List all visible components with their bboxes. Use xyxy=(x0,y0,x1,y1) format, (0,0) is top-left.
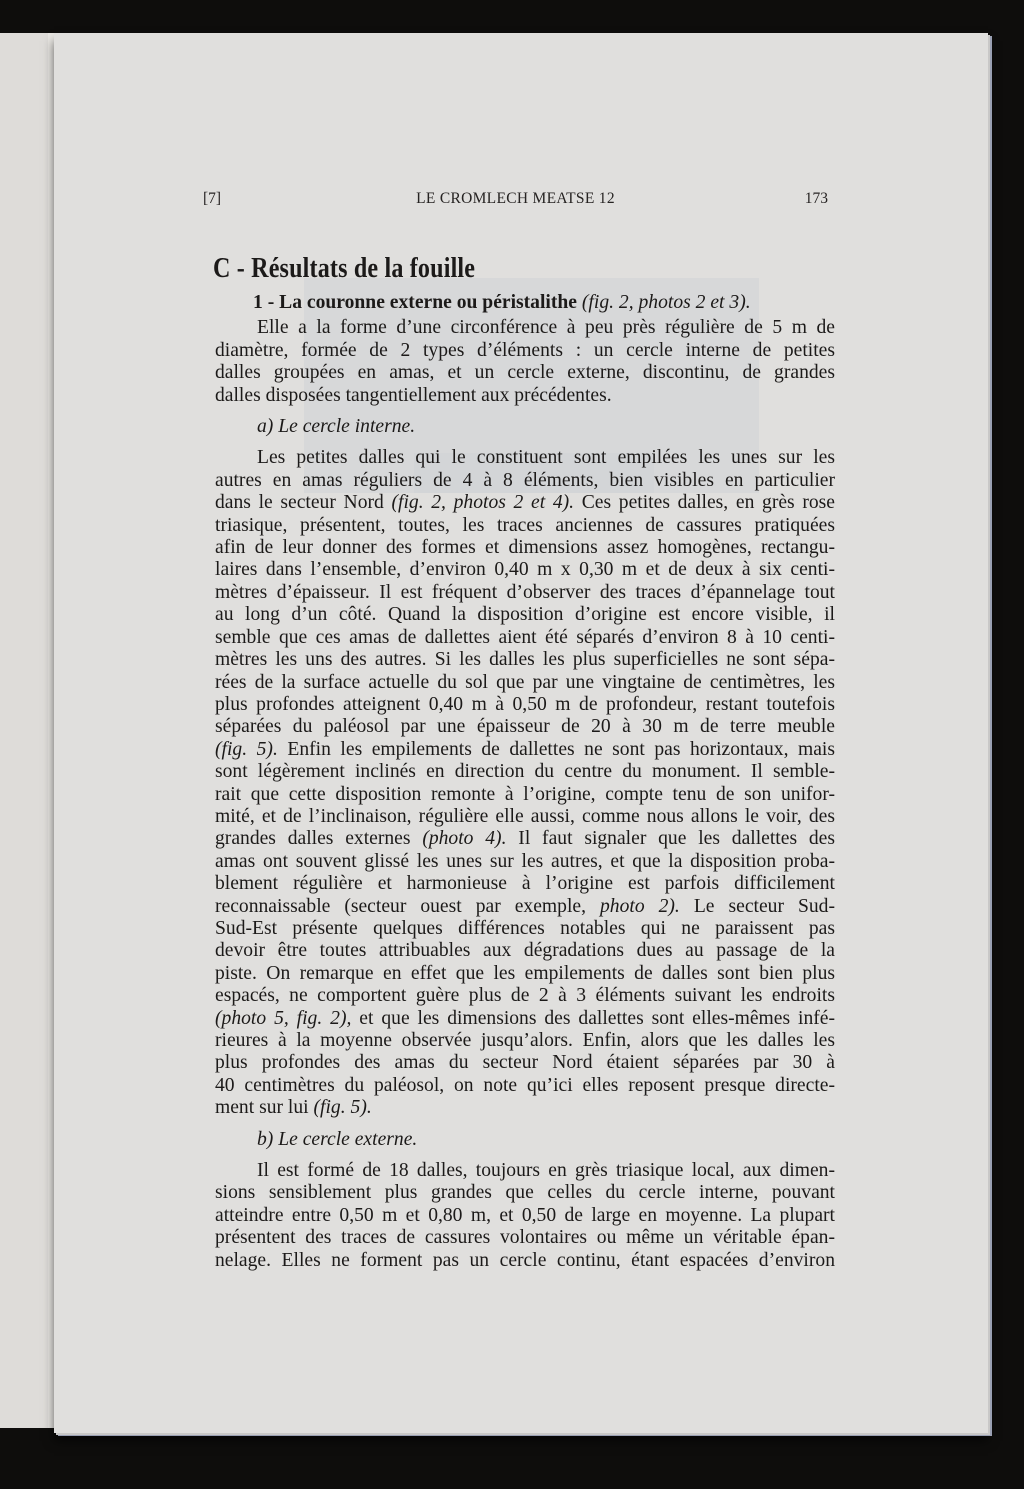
text-line: ment sur lui (fig. 5). xyxy=(215,1097,835,1119)
text-line: blement régulière et harmonieuse à l’ori… xyxy=(215,873,835,895)
text-run: amas ont souvent glissé les unes sur les… xyxy=(215,851,835,872)
text-line: afin de leur donner des formes et dimens… xyxy=(215,537,835,559)
text-line: autres en amas réguliers de 4 à 8 élémen… xyxy=(215,470,835,492)
text-line: mètres les uns des autres. Si les dalles… xyxy=(215,649,835,671)
page-number: 173 xyxy=(805,190,828,208)
text-line: rées de la surface actuelle du sol que p… xyxy=(215,672,835,694)
text-run: dans le secteur Nord xyxy=(215,492,391,513)
text-run: mité, et de l’inclinaison, régulière ell… xyxy=(215,806,835,827)
text-line: Sud-Est présente quelques différences no… xyxy=(215,918,835,940)
text-run: Enfin les empilements de dallettes ne so… xyxy=(278,739,835,760)
text-line: présentent des traces de cassures volont… xyxy=(215,1227,835,1249)
text-line: espacés, ne comportent guère plus de 2 à… xyxy=(215,985,835,1007)
text-line: mètres d’épaisseur. Il est fréquent d’ob… xyxy=(215,582,835,604)
text-run: plus profondes atteignent 0,40 m à 0,50 … xyxy=(215,694,835,715)
figure-reference: (fig. 5). xyxy=(314,1097,372,1118)
intro-paragraph: Elle a la forme d’une circonférence à pe… xyxy=(215,317,835,407)
text-line: triasique, présentent, toutes, les trace… xyxy=(215,515,835,537)
text-line: nelage. Elles ne forment pas un cercle c… xyxy=(215,1250,835,1272)
figure-reference: (fig. 5). xyxy=(215,739,278,760)
text-line: Elle a la forme d’une circonférence à pe… xyxy=(215,317,835,339)
text-run: espacés, ne comportent guère plus de 2 à… xyxy=(215,985,835,1006)
text-run: blement régulière et harmonieuse à l’ori… xyxy=(215,873,835,894)
text-run: autres en amas réguliers de 4 à 8 élémen… xyxy=(215,470,835,491)
text-run: Ces petites dalles, en grès rose xyxy=(574,492,835,513)
previous-page-edge xyxy=(0,33,50,1428)
figure-reference: photo 2). xyxy=(600,896,680,917)
heading-outer-circle: b) Le cercle externe. xyxy=(215,1129,835,1151)
figure-reference: (fig. 2, photos 2 et 4). xyxy=(391,492,574,513)
text-run: mètres les uns des autres. Si les dalles… xyxy=(215,649,835,670)
running-head: [7] LE CROMLECH MEATSE 12 173 xyxy=(203,190,828,212)
text-line: sont légèrement inclinés en direction du… xyxy=(215,761,835,783)
text-line: (photo 5, fig. 2), et que les dimensions… xyxy=(215,1008,835,1030)
subsection-heading: 1 - La couronne externe ou péristalithe … xyxy=(215,292,835,314)
inner-circle-paragraph: Les petites dalles qui le constituent so… xyxy=(215,447,835,1119)
text-run: ment sur lui xyxy=(215,1097,314,1118)
text-run: Les petites dalles qui le constituent so… xyxy=(257,447,835,468)
text-line: dalles groupées en amas, et un cercle ex… xyxy=(215,362,835,384)
subsection-label: 1 - La couronne externe ou péristalithe xyxy=(253,292,577,313)
text-run: semble que ces amas de dallettes aient é… xyxy=(215,627,835,648)
text-line: grandes dalles externes (photo 4). Il fa… xyxy=(215,828,835,850)
text-line: 40 centimètres du paléosol, on note qu’i… xyxy=(215,1075,835,1097)
text-run: rieures à la moyenne observée jusqu’alor… xyxy=(215,1030,835,1051)
running-title: LE CROMLECH MEATSE 12 xyxy=(203,190,828,208)
text-run: rées de la surface actuelle du sol que p… xyxy=(215,672,835,693)
text-line: (fig. 5). Enfin les empilements de dalle… xyxy=(215,739,835,761)
text-run: séparées du paléosol par une épaisseur d… xyxy=(215,716,835,737)
text-line: mité, et de l’inclinaison, régulière ell… xyxy=(215,806,835,828)
text-line: au long d’un côté. Quand la disposition … xyxy=(215,604,835,626)
heading-inner-circle: a) Le cercle interne. xyxy=(215,416,835,438)
text-run: Le secteur Sud- xyxy=(680,896,835,917)
text-run: grandes dalles externes xyxy=(215,828,422,849)
scanned-book-spread: [7] LE CROMLECH MEATSE 12 173 C - Résult… xyxy=(0,0,1024,1489)
text-line: rieures à la moyenne observée jusqu’alor… xyxy=(215,1030,835,1052)
text-line: laires dans l’ensemble, d’environ 0,40 m… xyxy=(215,559,835,581)
figure-reference: (photo 4). xyxy=(422,828,506,849)
text-run: Sud-Est présente quelques différences no… xyxy=(215,918,835,939)
text-line: séparées du paléosol par une épaisseur d… xyxy=(215,716,835,738)
text-line: devoir être toutes attribuables aux dégr… xyxy=(215,940,835,962)
text-line: dalles disposées tangentiellement aux pr… xyxy=(215,385,835,407)
text-run: Il faut signaler que les dallettes des xyxy=(507,828,836,849)
text-line: semble que ces amas de dallettes aient é… xyxy=(215,627,835,649)
text-line: reconnaissable (secteur ouest par exempl… xyxy=(215,896,835,918)
page-body: C - Résultats de la fouille 1 - La couro… xyxy=(215,252,835,1272)
text-line: plus profondes des amas du secteur Nord … xyxy=(215,1052,835,1074)
text-line: dans le secteur Nord (fig. 2, photos 2 e… xyxy=(215,492,835,514)
text-line: Il est formé de 18 dalles, toujours en g… xyxy=(215,1160,835,1182)
text-line: sions sensiblement plus grandes que cell… xyxy=(215,1182,835,1204)
text-line: rait que cette disposition remonte à l’o… xyxy=(215,784,835,806)
text-line: plus profondes atteignent 0,40 m à 0,50 … xyxy=(215,694,835,716)
subsection-reference: (fig. 2, photos 2 et 3). xyxy=(582,292,751,313)
text-line: Les petites dalles qui le constituent so… xyxy=(215,447,835,469)
text-run: afin de leur donner des formes et dimens… xyxy=(215,537,835,558)
text-run: au long d’un côté. Quand la disposition … xyxy=(215,604,835,625)
text-line: atteindre entre 0,50 m et 0,80 m, et 0,5… xyxy=(215,1205,835,1227)
text-run: plus profondes des amas du secteur Nord … xyxy=(215,1052,835,1073)
text-run: et que les dimensions des dallettes sont… xyxy=(351,1008,835,1029)
outer-circle-paragraph: Il est formé de 18 dalles, toujours en g… xyxy=(215,1160,835,1272)
text-run: 40 centimètres du paléosol, on note qu’i… xyxy=(215,1075,835,1096)
text-run: sont légèrement inclinés en direction du… xyxy=(215,761,835,782)
text-line: piste. On remarque en effet que les empi… xyxy=(215,963,835,985)
page-stack-edge xyxy=(988,36,992,1431)
text-run: piste. On remarque en effet que les empi… xyxy=(215,963,835,984)
text-run: laires dans l’ensemble, d’environ 0,40 m… xyxy=(215,559,835,580)
text-run: mètres d’épaisseur. Il est fréquent d’ob… xyxy=(215,582,835,603)
text-run: triasique, présentent, toutes, les trace… xyxy=(215,515,835,536)
text-line: diamètre, formée de 2 types d’éléments :… xyxy=(215,340,835,362)
text-line: amas ont souvent glissé les unes sur les… xyxy=(215,851,835,873)
text-run: rait que cette disposition remonte à l’o… xyxy=(215,784,835,805)
section-heading: C - Résultats de la fouille xyxy=(213,252,748,286)
text-run: reconnaissable (secteur ouest par exempl… xyxy=(215,896,600,917)
text-run: devoir être toutes attribuables aux dégr… xyxy=(215,940,835,961)
figure-reference: (photo 5, fig. 2), xyxy=(215,1008,351,1029)
